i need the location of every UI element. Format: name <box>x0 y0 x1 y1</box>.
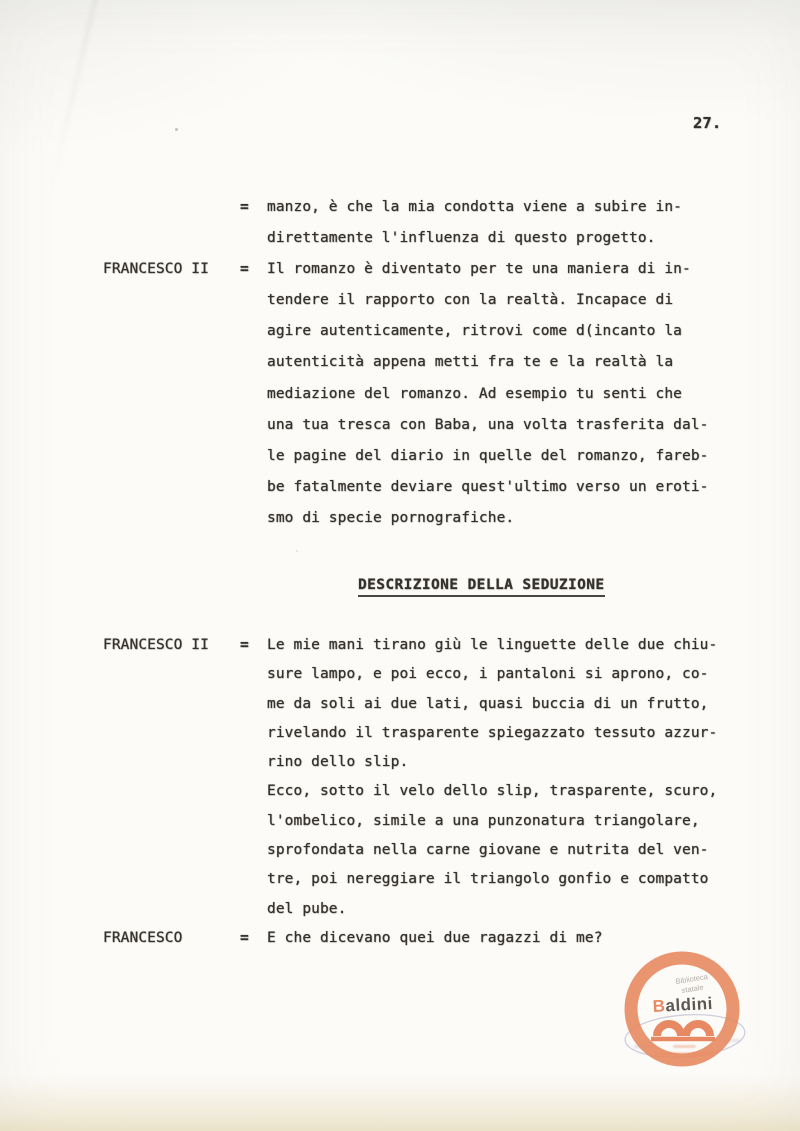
dialogue-line: rivelando il trasparente spiegazzato tes… <box>267 725 763 741</box>
dialogue-line: rino dello slip. <box>267 754 763 770</box>
dialogue-line: tre, poi nereggiare il triangolo gonfio … <box>267 871 763 887</box>
paper-speck <box>175 128 178 131</box>
dialogue-row: = manzo, è che la mia condotta viene a s… <box>103 199 763 230</box>
dialogue-row: rivelando il trasparente spiegazzato tes… <box>103 725 763 754</box>
dialogue-row: tre, poi nereggiare il triangolo gonfio … <box>103 871 763 900</box>
dialogue-line: l'ombelico, simile a una punzonatura tri… <box>267 813 763 829</box>
dialogue-line: mediazione del romanzo. Ad esempio tu se… <box>267 386 763 402</box>
dialogue-line: smo di specie pornografiche. <box>267 510 763 526</box>
equals-separator: = <box>240 261 267 277</box>
dialogue-row: smo di specie pornografiche. <box>103 510 763 541</box>
stamp-name-rest: aldini <box>665 994 713 1015</box>
dialogue-line: autenticità appena metti fra te e la rea… <box>267 354 763 370</box>
dialogue-row: del pube. <box>103 901 763 930</box>
dialogue-row: Ecco, sotto il velo dello slip, traspare… <box>103 783 763 812</box>
dialogue-line: le pagine del diario in quelle del roman… <box>267 448 763 464</box>
stamp-faint-text-mark <box>657 1052 713 1056</box>
scanned-typescript-page: 27. = manzo, è che la mia condotta viene… <box>0 0 800 1131</box>
speaker-label: FRANCESCO <box>103 930 240 946</box>
dialogue-row: sprofondata nella carne giovane e nutrit… <box>103 842 763 871</box>
dialogue-row: una tua tresca con Baba, una volta trasf… <box>103 417 763 448</box>
equals-separator: = <box>240 199 267 215</box>
open-book-icon <box>651 1024 715 1039</box>
library-stamp: Biblioteca statale Baldini <box>600 935 800 1095</box>
dialogue-row: l'ombelico, simile a una punzonatura tri… <box>103 813 763 842</box>
stamp-name-initial: B <box>652 996 666 1016</box>
dialogue-line: Ecco, sotto il velo dello slip, traspare… <box>267 783 763 799</box>
dialogue-line: me da soli ai due lati, quasi buccia di … <box>267 696 763 712</box>
paper-speck <box>296 550 298 552</box>
dialogue-block-2: FRANCESCO II = Le mie mani tirano giù le… <box>103 637 763 959</box>
equals-separator: = <box>240 930 267 946</box>
dialogue-line: direttamente l'influenza di questo proge… <box>267 230 763 246</box>
dialogue-row: agire autenticamente, ritrovi come d(inc… <box>103 323 763 354</box>
speaker-label: FRANCESCO II <box>103 261 240 277</box>
dialogue-line: sure lampo, e poi ecco, i pantaloni si a… <box>267 666 763 682</box>
page-number: 27. <box>693 114 721 132</box>
dialogue-row: autenticità appena metti fra te e la rea… <box>103 354 763 385</box>
dialogue-line: del pube. <box>267 901 763 917</box>
paper-crease <box>48 0 98 196</box>
dialogue-row: sure lampo, e poi ecco, i pantaloni si a… <box>103 666 763 695</box>
dialogue-row: FRANCESCO II = Le mie mani tirano giù le… <box>103 637 763 666</box>
stamp-name: Baldini <box>652 994 713 1016</box>
dialogue-row: rino dello slip. <box>103 754 763 783</box>
dialogue-line: be fatalmente deviare quest'ultimo verso… <box>267 479 763 495</box>
stamp-faint-text-mark <box>673 1045 696 1048</box>
dialogue-block-1: = manzo, è che la mia condotta viene a s… <box>103 199 763 541</box>
equals-separator: = <box>240 637 267 653</box>
dialogue-row: me da soli ai due lati, quasi buccia di … <box>103 696 763 725</box>
dialogue-line: una tua tresca con Baba, una volta trasf… <box>267 417 763 433</box>
section-heading: DESCRIZIONE DELLA SEDUZIONE <box>358 577 605 597</box>
dialogue-row: direttamente l'influenza di questo proge… <box>103 230 763 261</box>
dialogue-line: sprofondata nella carne giovane e nutrit… <box>267 842 763 858</box>
dialogue-line: Le mie mani tirano giù le linguette dell… <box>267 637 763 653</box>
dialogue-row: mediazione del romanzo. Ad esempio tu se… <box>103 386 763 417</box>
speaker-label: FRANCESCO II <box>103 637 240 653</box>
dialogue-row: le pagine del diario in quelle del roman… <box>103 448 763 479</box>
dialogue-row: FRANCESCO II = Il romanzo è diventato pe… <box>103 261 763 292</box>
dialogue-row: be fatalmente deviare quest'ultimo verso… <box>103 479 763 510</box>
dialogue-line: agire autenticamente, ritrovi come d(inc… <box>267 323 763 339</box>
dialogue-line: Il romanzo è diventato per te una manier… <box>267 261 763 277</box>
dialogue-row: tendere il rapporto con la realtà. Incap… <box>103 292 763 323</box>
dialogue-line: tendere il rapporto con la realtà. Incap… <box>267 292 763 308</box>
dialogue-line: manzo, è che la mia condotta viene a sub… <box>267 199 763 215</box>
